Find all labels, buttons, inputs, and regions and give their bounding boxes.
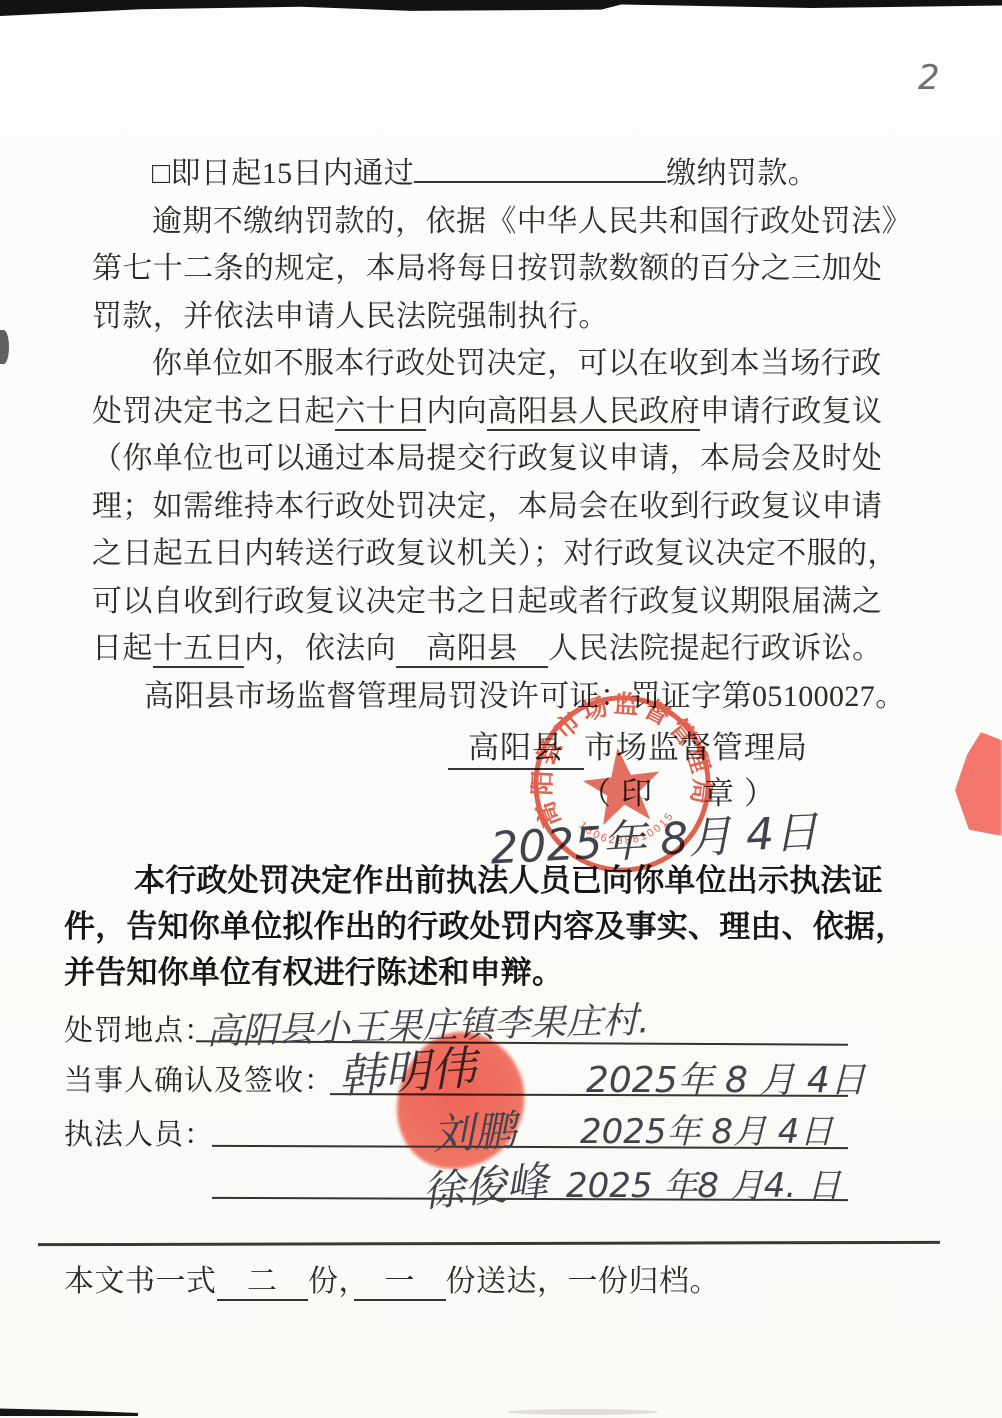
body-line: 你单位如不服本行政处罚决定，可以在收到本当场行政	[92, 340, 932, 388]
party-date-handwritten: 2025年 8 月 4日	[586, 1052, 866, 1103]
officer2-date-handwritten: 2025 年8 月4. 日	[566, 1158, 841, 1207]
document-body: □即日起15日内通过缴纳罚款。 逾期不缴纳罚款的，依据《中华人民共和国行政处罚法…	[92, 150, 932, 720]
body-line: 处罚决定书之日起六十日内向高阳县人民政府申请行政复议	[92, 388, 932, 436]
body-line: 之日起五日内转送行政复议机关）；对行政复议决定不服的，	[92, 530, 932, 578]
party-confirmation-label: 当事人确认及签收：	[64, 1058, 334, 1099]
body-line: 日起十五日内，依法向 高阳县 人民法院提起行政诉讼。	[92, 625, 932, 673]
penalty-location-label: 处罚地点：	[64, 1008, 214, 1049]
scan-artifact-bottom-left	[0, 1406, 138, 1416]
scan-artifact-bottom-smudge	[508, 1409, 658, 1415]
body-line: 可以自收到行政复议决定书之日起或者行政复议期限届满之	[92, 578, 932, 626]
bold-line: 并告知你单位有权进行陈述和申辩。	[64, 950, 864, 996]
bold-notice-paragraph: 本行政处罚决定作出前执法人员已向你单位出示执法证 件，告知你单位拟作出的行政处罚…	[64, 858, 864, 996]
footer-copies-line: 本文书一式 二 份， 一 份送达，一份归档。	[64, 1256, 720, 1300]
officers-label: 执法人员：	[64, 1112, 214, 1153]
body-line-license: 高阳县市场监督管理局罚没许可证：罚证字第05100027。	[92, 673, 932, 721]
body-line: 罚款，并依法申请人民法院强制执行。	[92, 293, 932, 341]
scan-artifact-top-edge	[0, 0, 1002, 16]
bold-line: 本行政处罚决定作出前执法人员已向你单位出示执法证	[64, 858, 864, 904]
footer-divider	[38, 1241, 940, 1246]
bold-line: 件，告知你单位拟作出的行政处罚内容及事实、理由、依据，	[64, 904, 864, 950]
body-line: 理；如需维持本行政处罚决定，本局会在收到行政复议申请	[92, 483, 932, 531]
body-line: 逾期不缴纳罚款的，依据《中华人民共和国行政处罚法》	[92, 198, 932, 246]
red-ink-smudge-right-edge	[952, 732, 1002, 836]
stamp-star-icon	[579, 743, 665, 827]
scanned-document-page: 2 □即日起15日内通过缴纳罚款。 逾期不缴纳罚款的，依据《中华人民共和国行政处…	[0, 0, 1002, 1418]
officer1-date-handwritten: 2025年 8月 4日	[580, 1104, 833, 1153]
officer2-signature-handwritten: 徐俊峰	[420, 1149, 551, 1220]
stamp-code-text: 1306288810015	[575, 808, 679, 853]
scan-artifact-left-edge	[0, 330, 9, 364]
body-line: （你单位也可以通过本局提交行政复议申请，本局会及时处	[92, 435, 932, 483]
body-line-payment-option: □即日起15日内通过缴纳罚款。	[92, 150, 932, 198]
body-line: 第七十二条的规定，本局将每日按罚款数额的百分之三加处	[92, 245, 932, 293]
svg-text:1306288810015: 1306288810015	[575, 808, 679, 853]
page-number: 2	[918, 58, 940, 98]
